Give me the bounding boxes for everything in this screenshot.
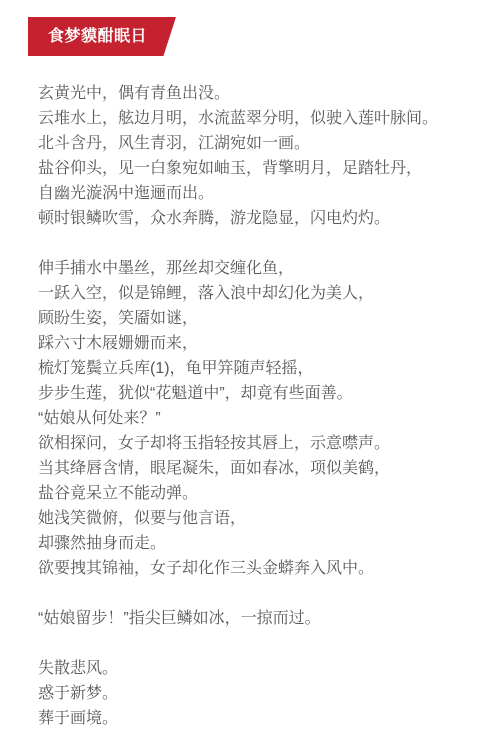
paragraph: 玄黄光中，偶有青鱼出没。 云堆水上，舷边月明，水流蓝翠分明，似驶入莲叶脉间。 北… <box>38 81 459 231</box>
text-line: 当其绛唇含情，眼尾凝朱，面如春冰，项似美鹤， <box>38 456 459 481</box>
text-line: 北斗含丹，风生青羽，江湖宛如一画。 <box>38 131 459 156</box>
text-line: 盐谷仰头，见一白象宛如岫玉，背擎明月，足踏牡丹， <box>38 156 459 181</box>
article-page: 食梦貘酣眠日 玄黄光中，偶有青鱼出没。 云堆水上，舷边月明，水流蓝翠分明，似驶入… <box>0 0 479 746</box>
paragraph: “姑娘留步！”指尖巨鳞如冰，一掠而过。 <box>38 606 459 631</box>
text-line: “姑娘留步！”指尖巨鳞如冰，一掠而过。 <box>38 606 459 631</box>
text-line: 却骤然抽身而走。 <box>38 531 459 556</box>
text-line: 伸手捕水中墨丝，那丝却交缠化鱼， <box>38 256 459 281</box>
text-line: 欲相探问，女子却将玉指轻按其唇上，示意噤声。 <box>38 431 459 456</box>
text-line: 顾盼生姿，笑靥如谜， <box>38 306 459 331</box>
text-line: 盐谷竟呆立不能动弹。 <box>38 481 459 506</box>
section-title-badge: 食梦貘酣眠日 <box>28 17 218 56</box>
text-line: 惑于新梦。 <box>38 681 459 706</box>
text-line: 她浅笑微俯，似要与他言语， <box>38 506 459 531</box>
text-line: 葬于画境。 <box>38 706 459 731</box>
text-line: 一跃入空，似是锦鲤，落入浪中却幻化为美人， <box>38 281 459 306</box>
text-line: 自幽光漩涡中迤逦而出。 <box>38 181 459 206</box>
text-line: 梳灯笼鬓立兵库(1)，龟甲笄随声轻摇， <box>38 356 459 381</box>
text-line: 失散悲风。 <box>38 656 459 681</box>
text-line: 顿时银鳞吹雪，众水奔腾，游龙隐显，闪电灼灼。 <box>38 206 459 231</box>
paragraph: 失散悲风。 惑于新梦。 葬于画境。 <box>38 656 459 731</box>
text-line: “姑娘从何处来？” <box>38 406 459 431</box>
text-line: 步步生莲，犹似“花魁道中”，却竟有些面善。 <box>38 381 459 406</box>
text-line: 踩六寸木屐姗姗而来， <box>38 331 459 356</box>
text-line: 玄黄光中，偶有青鱼出没。 <box>38 81 459 106</box>
text-line: 欲要拽其锦袖，女子却化作三头金蟒奔入风中。 <box>38 556 459 581</box>
article-body: 玄黄光中，偶有青鱼出没。 云堆水上，舷边月明，水流蓝翠分明，似驶入莲叶脉间。 北… <box>38 81 459 731</box>
paragraph: 伸手捕水中墨丝，那丝却交缠化鱼， 一跃入空，似是锦鲤，落入浪中却幻化为美人， 顾… <box>38 256 459 581</box>
text-line: 云堆水上，舷边月明，水流蓝翠分明，似驶入莲叶脉间。 <box>38 106 459 131</box>
